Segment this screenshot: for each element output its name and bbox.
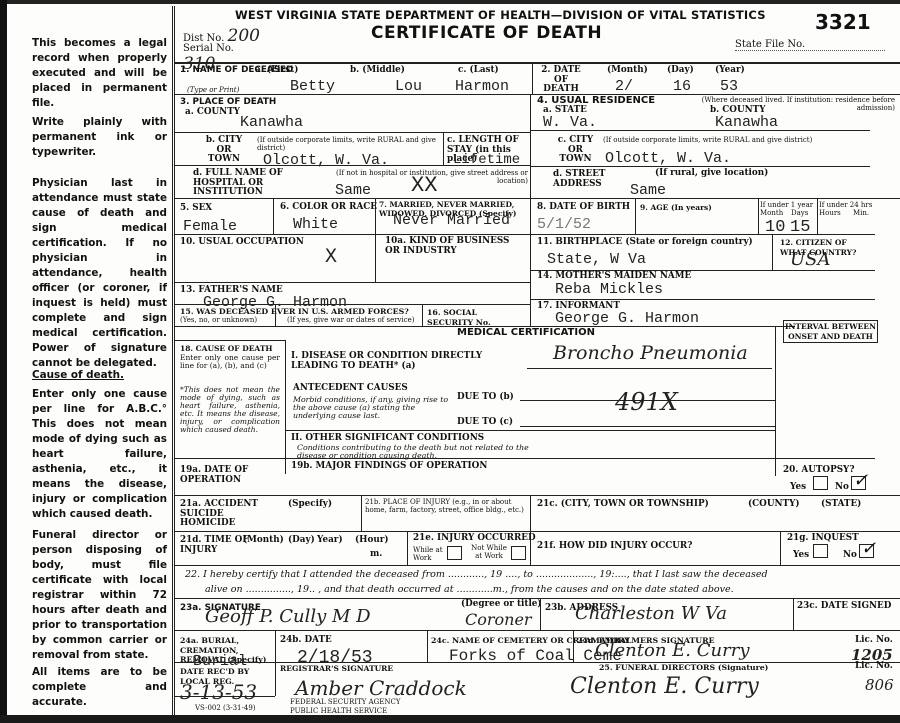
death-year-value[interactable]: 53	[720, 78, 738, 95]
citizen-value[interactable]: USA	[790, 249, 831, 270]
injury-m: m.	[370, 550, 382, 560]
date-received-value[interactable]: 3-13-53	[180, 680, 257, 704]
death-day-label: (Day)	[667, 66, 694, 76]
armed-forces-sub: (Yes, no, or unknown)	[180, 316, 257, 324]
inquest-yes-label: Yes	[793, 551, 809, 561]
autopsy-yes-label: Yes	[790, 483, 806, 493]
res-city-value[interactable]: Olcott, W. Va.	[605, 150, 731, 167]
while-at-work-label: While at Work	[413, 546, 445, 562]
instruction-funeral: Funeral director or person disposing of …	[32, 528, 167, 663]
sex-label: 5. SEX	[180, 204, 212, 214]
injury-county-label: (COUNTY)	[748, 500, 800, 510]
lic-label-2: Lic. No.	[855, 662, 893, 672]
lic-value-2[interactable]: 806	[865, 676, 894, 694]
due-to-b-value[interactable]: 491X	[615, 388, 678, 416]
hospital-label: d. FULL NAME OF HOSPITAL OR INSTITUTION	[193, 169, 293, 198]
autopsy-yes-checkbox[interactable]	[813, 476, 828, 490]
death-month-value[interactable]: 2/	[615, 78, 633, 95]
res-city-label: c. CITY OR TOWN	[553, 136, 598, 165]
f1-sub: (Type or Print)	[187, 86, 239, 94]
interval-label: INTERVAL BETWEEN ONSET AND DEATH	[783, 320, 878, 343]
inquest-yes-checkbox[interactable]	[813, 544, 828, 558]
state-file-no[interactable]: State File No.	[735, 39, 885, 51]
due-to-b-label: DUE TO (b)	[457, 393, 514, 403]
agency-line-1: FEDERAL SECURITY AGENCY	[290, 698, 400, 706]
hospital-mark: XX	[411, 173, 437, 198]
injury-city-label: 21c. (CITY, TOWN OR TOWNSHIP)	[537, 500, 709, 510]
while-at-work-checkbox[interactable]	[447, 546, 462, 560]
degree-label: (Degree or title)	[461, 600, 542, 610]
accident-label: 21a. ACCIDENT SUICIDE HOMICIDE	[180, 500, 260, 529]
autopsy-label: 20. AUTOPSY?	[783, 466, 854, 476]
hospital-value[interactable]: Same	[335, 182, 371, 199]
agency-header: WEST VIRGINIA STATE DEPARTMENT OF HEALTH…	[235, 8, 766, 22]
res-street-value[interactable]: Same	[630, 182, 666, 199]
funeral-director-value[interactable]: Clenton E. Curry	[570, 674, 759, 699]
operation-findings-label: 19b. MAJOR FINDINGS OF OPERATION	[291, 462, 487, 472]
instruction-cause: Enter only one cause per line for A.B.C.…	[32, 387, 167, 522]
lic-label-1: Lic. No.	[855, 636, 893, 646]
informant-value[interactable]: George G. Harmon	[555, 310, 699, 327]
address-value[interactable]: Charleston W Va	[575, 603, 727, 624]
accident-specify: (Specify)	[288, 500, 332, 510]
operation-date-label: 19a. DATE OF OPERATION	[180, 466, 280, 485]
agency-line-2: PUBLIC HEALTH SERVICE	[290, 707, 387, 715]
f2-label: 2. DATE OF DEATH	[537, 66, 585, 95]
res-street-label: d. STREET ADDRESS	[553, 170, 613, 189]
age-min-label: Min.	[853, 209, 869, 217]
death-county-value[interactable]: Kanawha	[240, 114, 303, 131]
race-value[interactable]: White	[293, 216, 338, 233]
death-city-value[interactable]: Olcott, W. Va.	[263, 152, 389, 169]
last-name-value[interactable]: Harmon	[455, 78, 509, 95]
burial-date-label: 24b. DATE	[280, 636, 332, 646]
first-name-value[interactable]: Betty	[290, 78, 335, 95]
place-of-injury-label: 21b. PLACE OF INJURY (e.g., in or about …	[365, 498, 525, 514]
death-city-note: (If outside corporate limits, write RURA…	[257, 136, 437, 152]
antecedent-note: Morbid conditions, if any, giving rise t…	[293, 396, 453, 420]
how-injury-label: 21f. HOW DID INJURY OCCUR?	[537, 542, 692, 552]
funeral-director-label: 25. FUNERAL DIRECTORS (Signature)	[599, 663, 768, 673]
res-city-note: (If outside corporate limits, write RURA…	[603, 136, 853, 144]
disease-value[interactable]: Broncho Pneumonia	[553, 342, 748, 364]
instruction-complete: All items are to be complete and accurat…	[32, 665, 167, 710]
cause-note2: *This does not mean the mode of dying, s…	[180, 386, 280, 434]
middle-name-label: b. (Middle)	[350, 66, 405, 76]
instruction-cause-title: Cause of death.	[32, 368, 167, 383]
scan-edge-bottom	[0, 715, 900, 723]
death-year-label: (Year)	[715, 66, 745, 76]
res-county-value[interactable]: Kanawha	[715, 114, 778, 131]
form-number: VS-002 (3-31-49)	[195, 704, 256, 712]
marital-value[interactable]: Never Married	[393, 212, 510, 229]
death-month-label: (Month)	[607, 66, 648, 76]
check-mark-icon: ✓	[853, 470, 868, 491]
registrar-label: REGISTRAR'S SIGNATURE	[280, 664, 393, 674]
instruction-physician: Physician last in attendance must state …	[32, 176, 167, 371]
antecedent-label: ANTECEDENT CAUSES	[293, 384, 408, 394]
certificate-title: CERTIFICATE OF DEATH	[371, 23, 602, 43]
sex-value[interactable]: Female	[183, 218, 237, 235]
mother-value[interactable]: Reba Mickles	[555, 281, 663, 298]
death-county-label: a. COUNTY	[185, 108, 240, 118]
birthplace-label: 11. BIRTHPLACE (State or foreign country…	[537, 238, 753, 248]
not-while-label: Not While at Work	[469, 544, 509, 560]
armed-forces-sub2: (If yes, give war or dates of service)	[287, 316, 415, 324]
inquest-label: 21g. INQUEST	[787, 534, 859, 544]
injury-year-label: Year)	[317, 536, 343, 546]
injury-day-label: (Day)	[288, 536, 315, 546]
not-while-checkbox[interactable]	[511, 546, 526, 560]
middle-name-value[interactable]: Lou	[395, 78, 422, 95]
first-name-label: a. (First)	[255, 66, 298, 76]
res-street-note: (If rural, give location)	[655, 169, 768, 179]
birth-date-label: 8. DATE OF BIRTH	[537, 203, 630, 213]
certify-line-2: alive on ..............., 19.. , and tha…	[205, 584, 734, 595]
medical-title: MEDICAL CERTIFICATION	[457, 328, 595, 338]
due-to-c-label: DUE TO (c)	[457, 418, 513, 428]
injury-state-label: (STATE)	[821, 500, 861, 510]
inquest-no-checkbox[interactable]: ✓	[859, 544, 874, 558]
scan-edge-left	[0, 0, 7, 723]
death-city-label: b. CITY OR TOWN	[200, 136, 248, 165]
signature-value[interactable]: Geoff P. Cully M D	[205, 606, 371, 627]
death-day-value[interactable]: 16	[673, 78, 691, 95]
autopsy-no-checkbox[interactable]: ✓	[851, 476, 866, 490]
race-label: 6. COLOR OR RACE	[280, 203, 377, 213]
registrar-value[interactable]: Amber Craddock	[295, 676, 467, 700]
injury-hour-label: (Hour)	[355, 536, 389, 546]
time-of-injury-label: 21d. TIME OF INJURY	[180, 536, 250, 555]
inquest-no-label: No	[843, 551, 857, 561]
age-label: 9. AGE (In years)	[640, 203, 712, 213]
certify-line-1: 22. I hereby certify that I attended the…	[185, 569, 768, 580]
injury-month-label: (Month)	[243, 536, 284, 546]
last-name-label: c. (Last)	[458, 66, 499, 76]
age-days-label: Days	[791, 209, 808, 217]
occupation-value[interactable]: X	[325, 246, 337, 269]
date-signed-label: 23c. DATE SIGNED	[797, 602, 891, 612]
cause-note: Enter only one cause per line for (a), (…	[180, 354, 280, 370]
ssn-label: 16. SOCIAL SECURITY No.	[427, 308, 522, 327]
file-number: 3321	[815, 10, 871, 34]
disease-label: I. DISEASE OR CONDITION DIRECTLY LEADING…	[291, 352, 521, 371]
occupation-label: 10. USUAL OCCUPATION	[180, 238, 304, 248]
birthplace-value[interactable]: State, W Va	[547, 251, 646, 268]
instructions-sidebar: This becomes a legal record when properl…	[24, 0, 172, 723]
instruction-legal: This becomes a legal record when properl…	[32, 36, 167, 111]
injury-occurred-label: 21e. INJURY OCCURRED	[413, 534, 536, 544]
instruction-write: Write plainly with permanent ink or type…	[32, 115, 167, 160]
birth-date-value[interactable]: 5/1/52	[537, 216, 591, 233]
degree-value[interactable]: Coroner	[465, 610, 532, 629]
death-certificate-form: WEST VIRGINIA STATE DEPARTMENT OF HEALTH…	[172, 6, 900, 715]
state-file-label: State File No.	[735, 39, 805, 50]
business-label: 10a. KIND OF BUSINESS OR INDUSTRY	[385, 237, 525, 256]
res-state-value[interactable]: W. Va.	[543, 114, 597, 131]
serial-label: Serial No.	[183, 43, 234, 54]
embalmer-value[interactable]: Clenton E. Curry	[595, 640, 750, 661]
check-mark-icon: ✓	[861, 538, 876, 559]
autopsy-no-label: No	[835, 483, 849, 493]
